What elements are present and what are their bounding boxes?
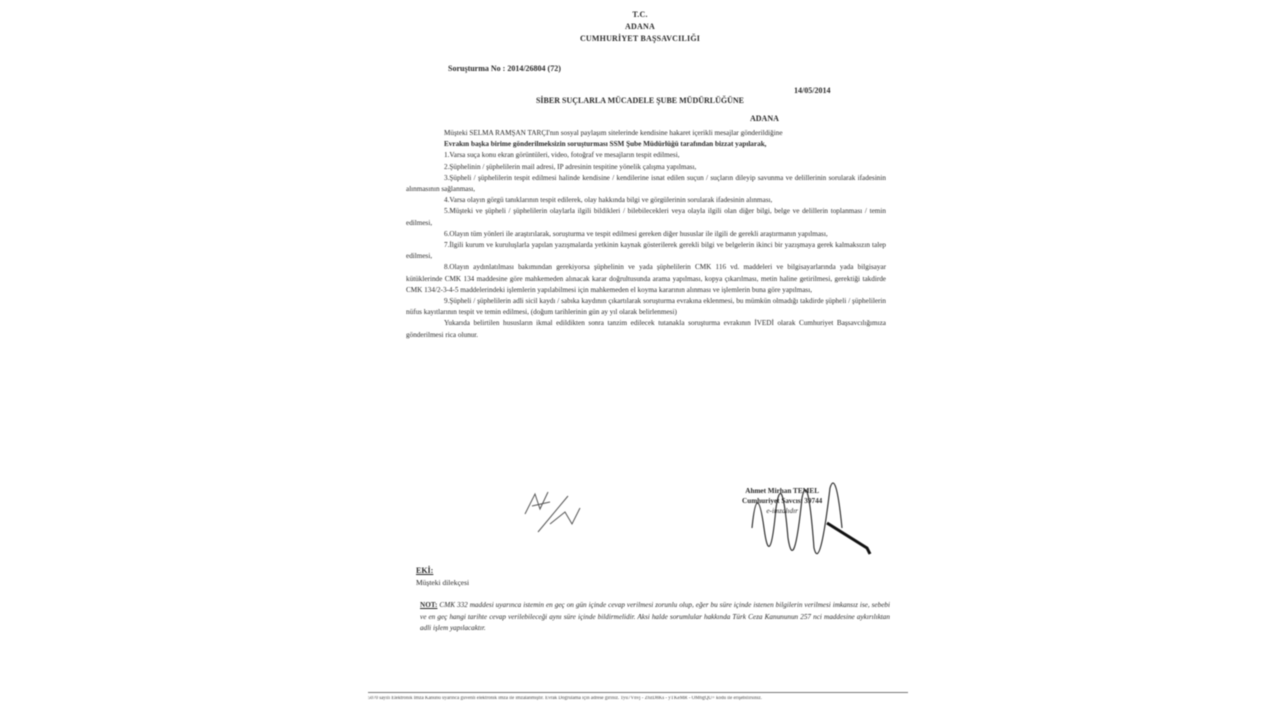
closing-paragraph: Yukarıda belirtilen hususların ikmal edi… — [406, 318, 886, 340]
document-date: 14/05/2014 — [794, 86, 830, 95]
signature-block: Ahmet Mirhan TEMEL Cumhuriyet Savcısı 39… — [742, 486, 822, 516]
footer-divider — [368, 692, 908, 693]
scanned-document-page: T.C. ADANA CUMHURİYET BAŞSAVCILIĞI Soruş… — [360, 0, 920, 720]
addressee: SİBER SUÇLARLA MÜCADELE ŞUBE MÜDÜRLÜĞÜNE — [360, 96, 920, 105]
attachment-item: Müşteki dilekçesi — [416, 578, 469, 587]
list-item: 5.Müşteki ve şüpheli / şüphelilerin olay… — [406, 206, 886, 228]
legal-note: NOT: CMK 332 maddesi uyarınca istemin en… — [420, 600, 890, 635]
e-signature-stamp: e-imzalıdır — [742, 506, 822, 516]
header-office: CUMHURİYET BAŞSAVCILIĞI — [360, 34, 920, 43]
footer-verification-text: 5070 sayılı Elektronik İmza Kanunu uyarı… — [368, 696, 912, 701]
paragraph: Müşteki SELMA RAMŞAN TARÇI'nın sosyal pa… — [406, 128, 886, 139]
header-city: ADANA — [360, 22, 920, 31]
document-body: Müşteki SELMA RAMŞAN TARÇI'nın sosyal pa… — [406, 128, 886, 341]
list-item: 6.Olayın tüm yönleri ile araştırılarak, … — [406, 229, 886, 240]
addressee-city: ADANA — [750, 114, 779, 123]
list-item: 7.İlgili kurum ve kuruluşlarla yapılan y… — [406, 240, 886, 262]
list-item: 3.Şüpheli / şüphelilerin tespit edilmesi… — [406, 173, 886, 195]
handwritten-initials-icon — [520, 484, 590, 534]
attachment-label: EKİ: — [416, 566, 433, 575]
list-item: 9.Şüpheli / şüphelilerin adli sicil kayd… — [406, 296, 886, 318]
investigation-number: Soruşturma No : 2014/26804 (72) — [448, 64, 561, 73]
list-item: 2.Şüphelinin / şüphelilerin mail adresi,… — [406, 162, 886, 173]
list-item: 4.Varsa olayın görgü tanıklarının tespit… — [406, 195, 886, 206]
list-item: 8.Olayın aydınlatılması bakımından gerek… — [406, 262, 886, 296]
list-item: 1.Varsa suça konu ekran görüntüleri, vid… — [406, 150, 886, 161]
signature-scribble-icon — [742, 468, 882, 578]
note-text: CMK 332 maddesi uyarınca istemin en geç … — [420, 601, 890, 632]
signer-name: Ahmet Mirhan TEMEL — [742, 486, 822, 496]
signer-title: Cumhuriyet Savcısı 39744 — [742, 496, 822, 506]
header-tc: T.C. — [360, 10, 920, 19]
paragraph: Evrakın başka birime gönderilmeksizin so… — [406, 139, 886, 150]
note-label: NOT: — [420, 601, 437, 609]
